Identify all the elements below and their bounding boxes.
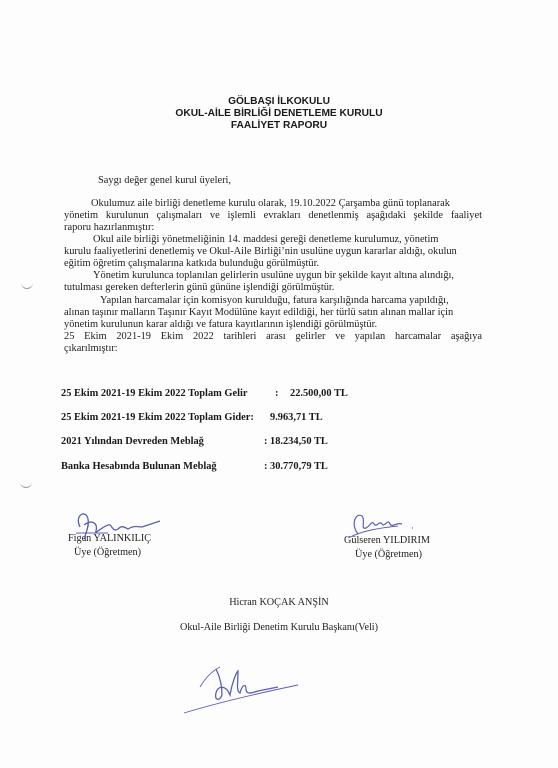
carried-over-label: 2021 Yılından Devreden Meblağ	[61, 436, 204, 447]
paragraph-2-line-1: Okul aile birliği yönetmeliğinin 14. mad…	[93, 234, 438, 246]
paragraph-4-line-3: yönetim kurulunun karar aldığı ve fatura…	[64, 319, 377, 331]
carried-over-value: 18.234,50 TL	[270, 436, 328, 447]
paragraph-1-line-2: yönetim kurulunun çalışmaları ve işlemli…	[64, 210, 482, 222]
document-page: GÖLBAŞI İLKOKULU OKUL-AİLE BİRLİĞİ DENET…	[0, 0, 558, 768]
left-signatory-name: Figen YALINKILIÇ	[68, 533, 151, 544]
salutation: Saygı değer genel kurul üyeleri,	[98, 175, 231, 187]
bank-balance-separator: :	[264, 461, 267, 472]
right-signatory-role: Üye (Öğretmen)	[355, 549, 422, 560]
paragraph-2-line-3: eğitim öğretim çalışmalarına katkıda bul…	[64, 258, 319, 270]
school-title: GÖLBAŞI İLKOKULU	[0, 96, 558, 108]
total-income-label: 25 Ekim 2021-19 Ekim 2022 Toplam Gelir	[61, 388, 247, 399]
paragraph-3-line-2: tutulması gereken defterlerin günü günün…	[64, 282, 334, 294]
report-title: FAALİYET RAPORU	[0, 120, 558, 132]
total-expense-label: 25 Ekim 2021-19 Ekim 2022 Toplam Gider:	[61, 412, 254, 423]
paragraph-1-line-3: raporu hazırlanmıştır:	[64, 222, 154, 234]
board-title: OKUL-AİLE BİRLİĞİ DENETLEME KURULU	[0, 108, 558, 120]
bank-balance-value: 30.770,79 TL	[270, 461, 328, 472]
right-signatory-name: Gülseren YILDIRIM	[344, 535, 430, 546]
carried-over-separator: :	[264, 436, 267, 447]
paragraph-1-line-1: Okulumuz aile birliği denetleme kurulu o…	[91, 198, 450, 210]
paragraph-5-line-2: çıkarılmıştır:	[64, 343, 118, 355]
paragraph-4-line-1: Yapılan harcamalar için komisyon kuruldu…	[100, 295, 449, 307]
signature-president	[180, 655, 300, 715]
total-income-separator: :	[275, 388, 278, 399]
left-signatory-role: Üye (Öğretmen)	[74, 547, 141, 558]
margin-mark	[21, 283, 33, 289]
total-income-value: 22.500,00 TL	[290, 388, 348, 399]
margin-mark	[20, 482, 32, 488]
paragraph-5-line-1: 25 Ekim 2021-19 Ekim 2022 tarihleri aras…	[64, 331, 482, 343]
bank-balance-label: Banka Hesabında Bulunan Meblağ	[61, 461, 217, 472]
total-expense-value: 9.963,71 TL	[270, 412, 323, 423]
president-role: Okul-Aile Birliği Denetim Kurulu Başkanı…	[0, 622, 558, 633]
paragraph-3-line-1: Yönetim kurulunca toplanılan gelirlerin …	[93, 270, 454, 282]
president-name: Hicran KOÇAK ANŞİN	[0, 597, 558, 608]
paragraph-4-line-2: alınan taşınır malların Taşınır Kayıt Mo…	[64, 307, 453, 319]
paragraph-2-line-2: kurulu faaliyetlerini denetlemiş ve Okul…	[64, 246, 457, 258]
